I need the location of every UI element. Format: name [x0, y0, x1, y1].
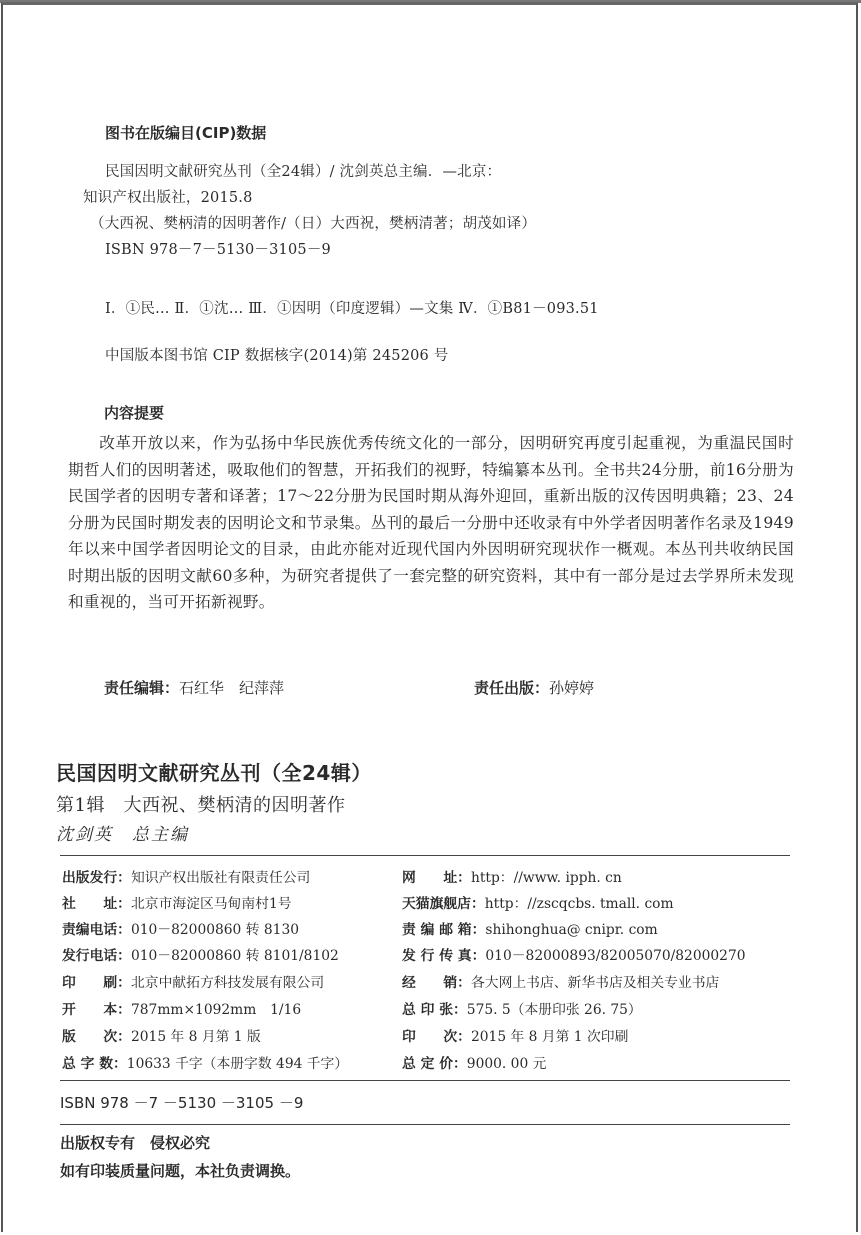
divider-middle	[60, 1080, 790, 1081]
responsible-publishing: 责任出版：孙婷婷	[474, 677, 594, 698]
cip-line-title: 民国因明文献研究丛刊（全24辑）/ 沈剑英总主编．—北京：	[105, 160, 501, 181]
responsible-publishing-label: 责任出版：	[474, 679, 549, 697]
series-chief-editor: 沈剑英 总主编	[56, 820, 189, 845]
info-distribution-phone: 发行电话：010－82000860 转 8101/8102	[62, 944, 339, 964]
cip-line-volume: （大西祝、樊柄清的因明著作/（日）大西祝，樊柄清著；胡茂如译）	[90, 212, 536, 233]
cip-heading: 图书在版编目(CIP)数据	[105, 122, 266, 143]
info-word-count: 总 字 数：10633 千字（本册字数 494 千字）	[62, 1052, 348, 1072]
info-printing: 印 次：2015 年 8 月第 1 次印刷	[402, 1025, 628, 1045]
responsible-editor-label: 责任编辑：	[104, 679, 179, 697]
info-total-price: 总 定 价：9000. 00 元	[402, 1052, 546, 1072]
cip-line-classification: Ⅰ．①民… Ⅱ．①沈… Ⅲ．①因明（印度逻辑）—文集 Ⅳ．①B81－093.51	[105, 297, 599, 318]
isbn-footer: ISBN 978 －7 －5130 －3105 －9	[60, 1092, 303, 1113]
info-sellers: 经 销：各大网上书店、新华书店及相关专业书店	[402, 971, 719, 991]
info-publisher: 出版发行：知识产权出版社有限责任公司	[62, 866, 310, 886]
copyright-notice: 出版权专有 侵权必究	[60, 1132, 210, 1153]
info-website: 网 址：http：//www. ipph. cn	[402, 866, 622, 886]
summary-paragraph: 改革开放以来，作为弘扬中华民族优秀传统文化的一部分，因明研究再度引起重视，为重温…	[68, 430, 794, 616]
cip-line-record-number: 中国版本图书馆 CIP 数据核字(2014)第 245206 号	[105, 344, 448, 365]
quality-notice: 如有印装质量问题，本社负责调换。	[60, 1160, 300, 1181]
info-print-sheets: 总 印 张：575. 5（本册印张 26. 75）	[402, 998, 642, 1018]
series-volume: 第1辑 大西祝、樊柄清的因明著作	[56, 791, 345, 817]
responsible-editor-value: 石红华 纪萍萍	[179, 679, 284, 697]
divider-bottom	[60, 1124, 790, 1125]
series-title: 民国因明文献研究丛刊（全24辑）	[56, 757, 372, 786]
cip-line-isbn: ISBN 978－7－5130－3105－9	[105, 238, 331, 259]
responsible-publishing-value: 孙婷婷	[549, 679, 594, 697]
info-editor-phone: 责编电话：010－82000860 转 8130	[62, 918, 299, 938]
info-distribution-fax: 发 行 传 真：010－82000893/82005070/82000270	[402, 944, 746, 964]
info-printer: 印 刷：北京中献拓方科技发展有限公司	[62, 971, 324, 991]
cip-line-publisher: 知识产权出版社，2015.8	[83, 186, 253, 207]
info-tmall-store: 天猫旗舰店：http：//zscqcbs. tmall. com	[402, 892, 674, 912]
info-address: 社 址：北京市海淀区马甸南村1号	[62, 892, 292, 912]
info-format: 开 本：787mm×1092mm 1/16	[62, 998, 301, 1018]
summary-heading: 内容提要	[104, 402, 164, 423]
info-editor-email: 责 编 邮 箱：shihonghua@ cnipr. com	[402, 918, 658, 938]
responsible-editor: 责任编辑：石红华 纪萍萍	[104, 677, 284, 698]
divider-top	[60, 855, 790, 856]
info-edition: 版 次：2015 年 8 月第 1 版	[62, 1025, 261, 1045]
